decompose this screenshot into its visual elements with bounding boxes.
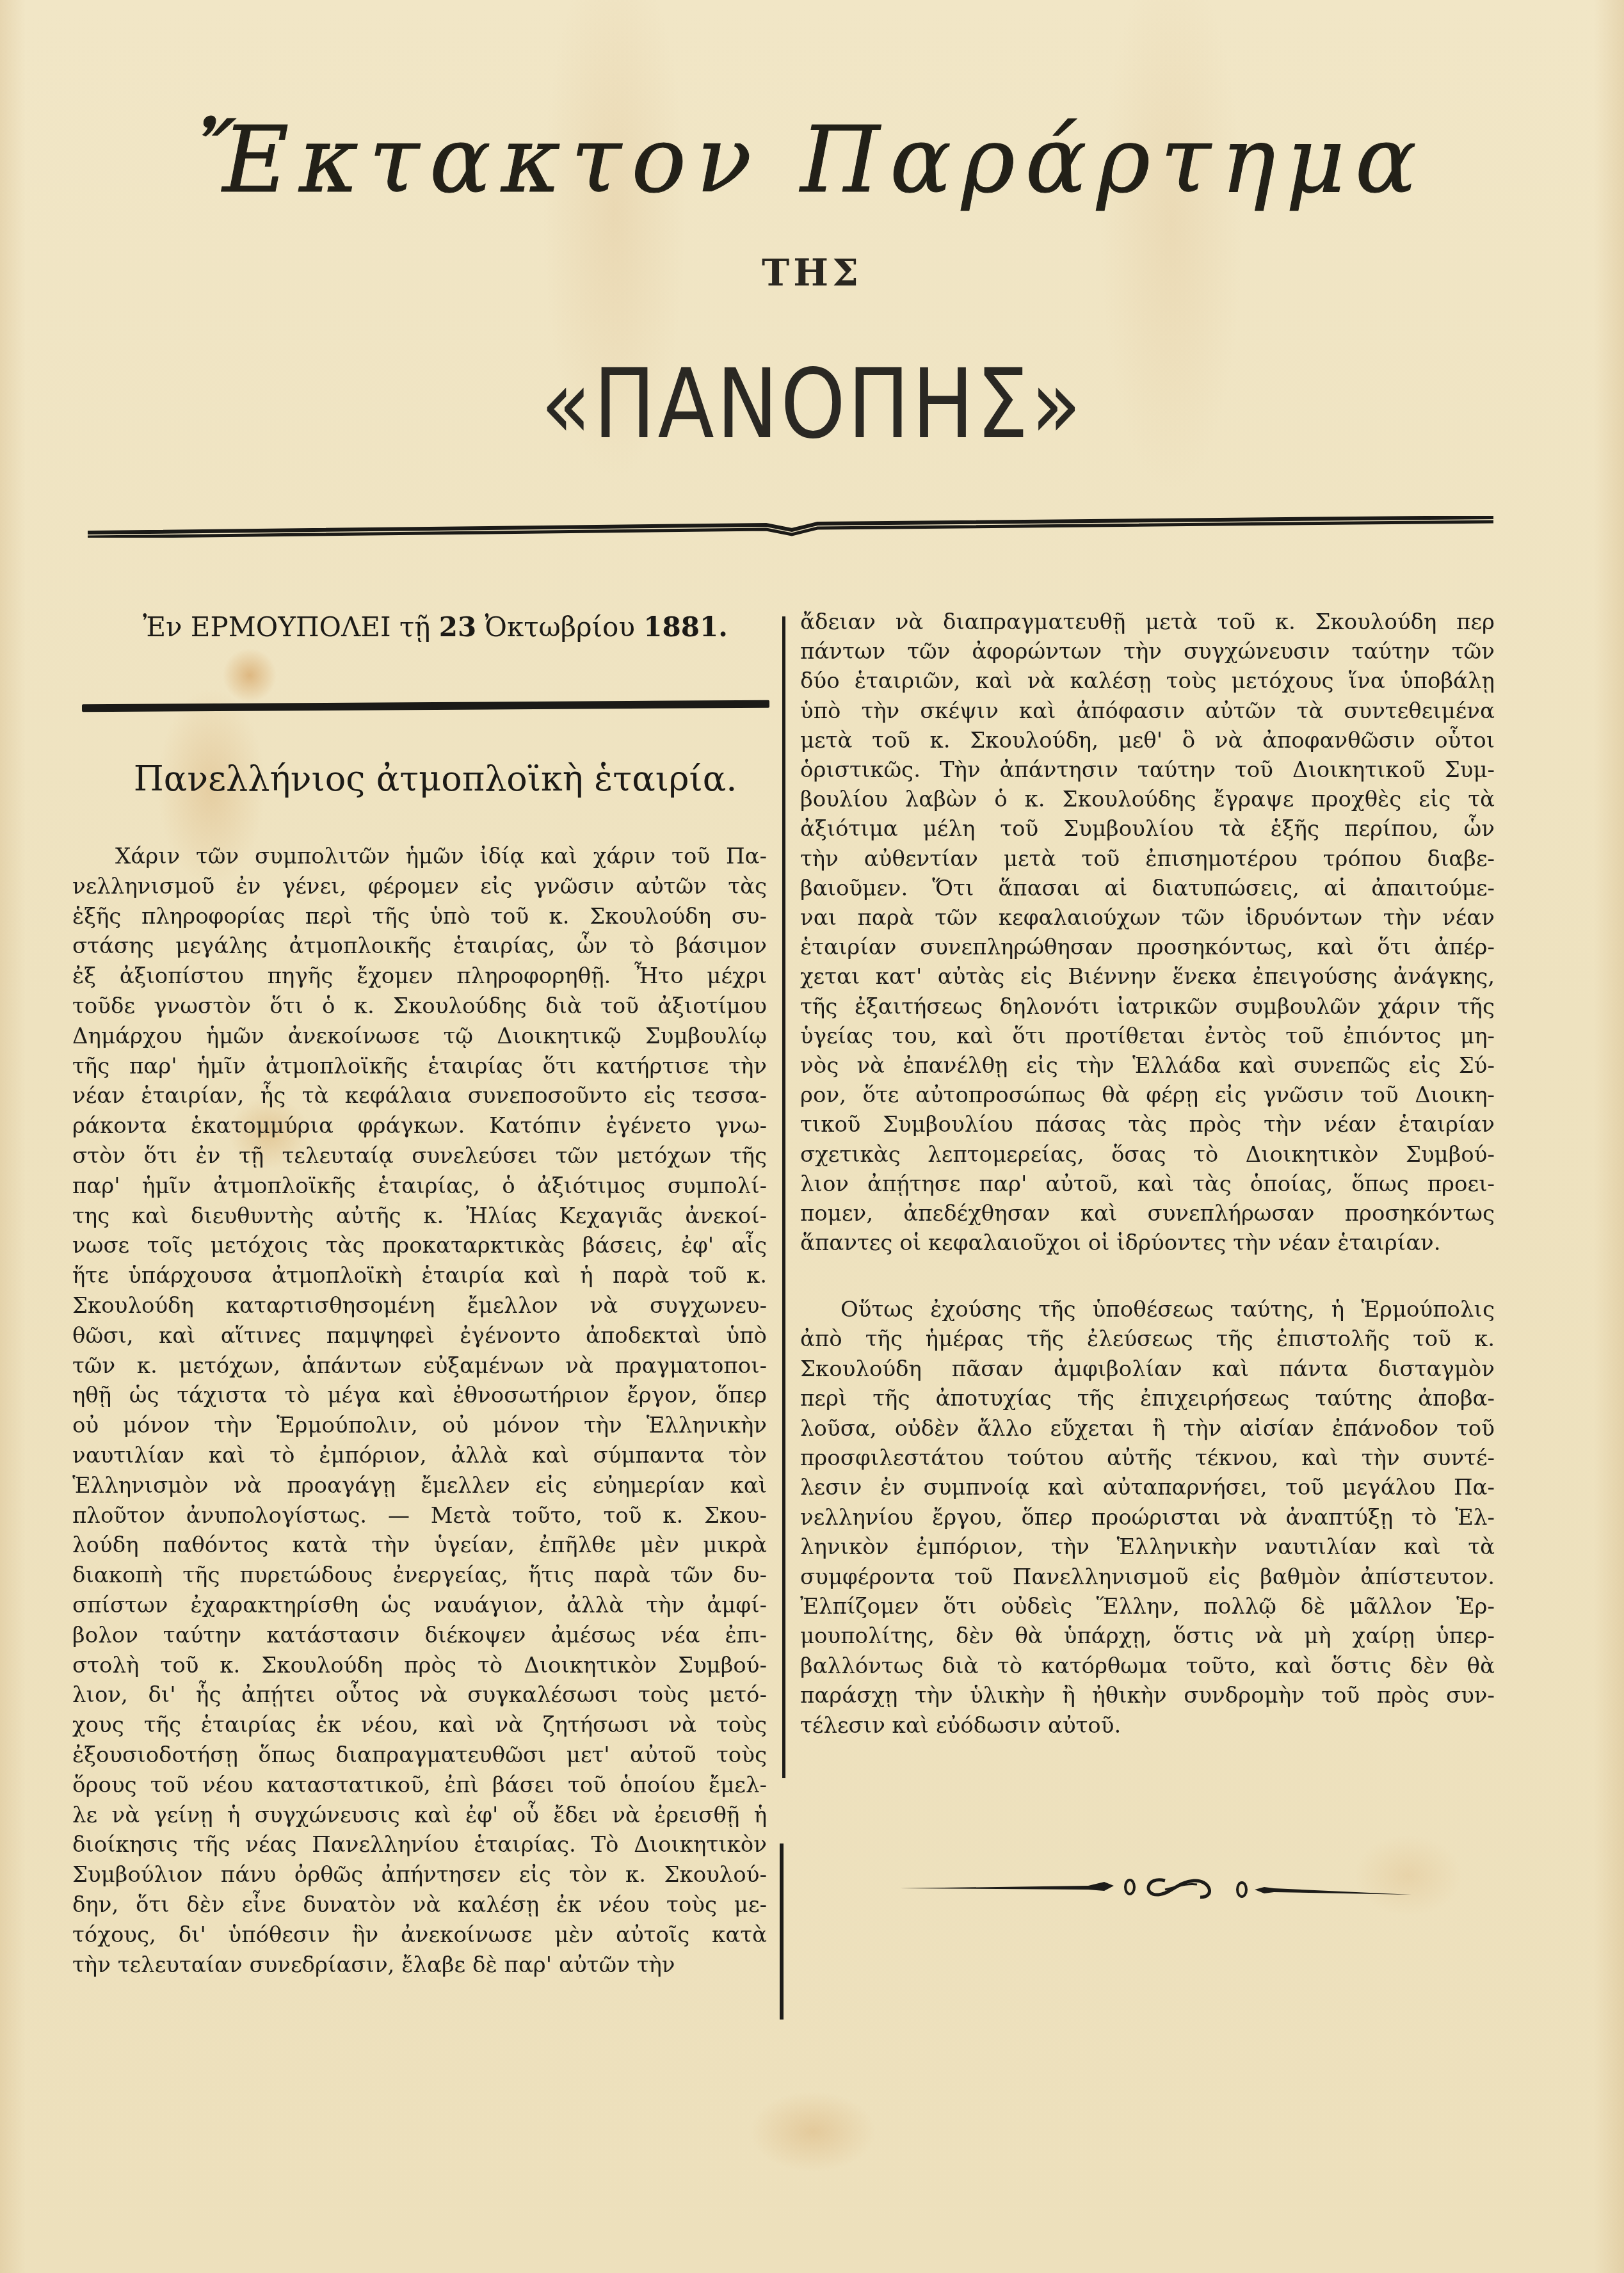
text-line: παράσχῃ τὴν ὑλικὴν ἢ ἠθικὴν συνδρομὴν το…: [800, 1683, 1495, 1708]
scroll-ornament-icon: [896, 1869, 1415, 1908]
text-line: ράκοντα ἑκατομμύρια φράγκων. Κατόπιν ἐγέ…: [72, 1113, 767, 1139]
text-line: τὴν αὐθεντίαν μετὰ τοῦ ἐπισημοτέρου τρόπ…: [800, 846, 1495, 872]
column-separator: [782, 616, 785, 1778]
text-line: χους τῆς ἑταιρίας ἐκ νέου, καὶ νὰ ζητήσω…: [72, 1712, 767, 1738]
dateline-year: 1881.: [643, 611, 728, 643]
text-line: ὑπὸ τὴν σκέψιν καὶ ἀπόφασιν αὐτῶν τὰ συν…: [800, 698, 1495, 724]
text-line: δύο ἑταιριῶν, καὶ νὰ καλέσῃ τοὺς μετόχου…: [800, 668, 1495, 694]
text-line: ἀξιότιμα μέλη τοῦ Συμβουλίου τὰ ἑξῆς περ…: [800, 816, 1495, 842]
double-rule-icon: [88, 516, 1493, 538]
text-line: λούδη παθόντος κατὰ τὴν ὑγείαν, ἐπῆλθε μ…: [72, 1532, 767, 1558]
text-line: Ἑλληνισμὸν νὰ προαγάγῃ ἔμελλεν εἰς εὐημε…: [72, 1473, 767, 1498]
text-line: σχετικὰς λεπτομερείας, ὅσας τὸ Διοικητικ…: [800, 1142, 1495, 1168]
text-line: ναι παρὰ τῶν κεφαλαιούχων τῶν ἱδρυόντων …: [800, 905, 1495, 931]
text-line: διακοπὴ τῆς πυρετώδους ἐνεργείας, ἥτις π…: [72, 1562, 767, 1588]
text-line: Οὕτως ἐχούσης τῆς ὑποθέσεως ταύτης, ἡ Ἑρ…: [840, 1297, 1495, 1322]
text-line: βαλλόντως διὰ τὸ κατόρθωμα τοῦτο, καὶ ὅσ…: [800, 1653, 1495, 1679]
text-line: ἑταιρίαν συνεπληρώθησαν προσηκόντως, καὶ…: [800, 935, 1495, 960]
text-line: τόχους, δι' ὑπόθεσιν ἣν ἀνεκοίνωσε μὲν α…: [72, 1922, 767, 1948]
text-line: λε νὰ γείνῃ ἡ συγχώνευσις καὶ ἐφ' οὗ ἔδε…: [72, 1803, 767, 1828]
text-line: Σκουλούδη πᾶσαν ἀμφιβολίαν καὶ πάντα δισ…: [800, 1356, 1495, 1382]
text-line: ληνικὸν ἐμπόριον, τὴν Ἑλληνικὴν ναυτιλία…: [800, 1534, 1495, 1560]
text-line: νέαν ἑταιρίαν, ἧς τὰ κεφάλαια συνεποσοῦν…: [72, 1083, 767, 1109]
text-line: ὁριστικῶς. Τὴν ἀπάντησιν ταύτην τοῦ Διοι…: [800, 757, 1495, 783]
dateline-day: 23: [439, 611, 476, 643]
text-line: νὸς νὰ ἐπανέλθῃ εἰς τὴν Ἑλλάδα καὶ συνεπ…: [800, 1053, 1495, 1079]
text-line: παρ' ἡμῖν ἀτμοπλοϊκῆς ἑταιρίας, ὁ ἀξιότι…: [72, 1173, 767, 1199]
text-line: μετὰ τοῦ κ. Σκουλούδη, μεθ' ὃ νὰ ἀποφανθ…: [800, 728, 1495, 753]
text-line: στάσης μεγάλης ἀτμοπλοικῆς ἑταιρίας, ὧν …: [72, 933, 767, 959]
title-word-supplement: Παράρτημα: [800, 108, 1426, 213]
text-line: στολὴ τοῦ κ. Σκουλούδη πρὸς τὸ Διοικητικ…: [72, 1653, 767, 1678]
text-line: τῆς παρ' ἡμῖν ἀτμοπλοϊκῆς ἑταιρίας ὅτι κ…: [72, 1054, 767, 1079]
article-heading: Πανελλήνιος ἀτμοπλοϊκὴ ἑταιρία.: [90, 759, 781, 799]
text-line: πλοῦτον ἀνυπολογίστως. — Μετὰ τοῦτο, τοῦ…: [72, 1503, 767, 1529]
text-line: πάντων τῶν ἀφορώντων τὴν συγχώνευσιν ταύ…: [800, 639, 1495, 664]
text-line: ἐξ ἀξιοπίστου πηγῆς ἔχομεν πληροφορηθῇ. …: [72, 963, 767, 989]
text-line: νελληνίου ἔργου, ὅπερ προώρισται νὰ ἀναπ…: [800, 1505, 1495, 1530]
text-line: τοῦδε γνωστὸν ὅτι ὁ κ. Σκουλούδης διὰ το…: [72, 993, 767, 1019]
text-line: λοῦσα, οὐδὲν ἄλλο εὔχεται ἢ τὴν αἰσίαν ἐ…: [800, 1416, 1495, 1442]
text-line: στὸν ὅτι ἐν τῇ τελευταίᾳ συνελεύσει τῶν …: [72, 1143, 767, 1169]
text-line: Σκουλούδη καταρτισθησομένη ἔμελλον νὰ συ…: [72, 1293, 767, 1319]
text-line: τῆς ἐξαιτήσεως δηλονότι ἰατρικῶν συμβουλ…: [800, 994, 1495, 1020]
text-line: σπίστων ἐχαρακτηρίσθη ὡς ναυάγιον, ἀλλὰ …: [72, 1593, 767, 1618]
supplement-title: ἜκτακτονΠαράρτημα: [0, 108, 1624, 213]
text-line: τέλεσιν καὶ εὐόδωσιν αὐτοῦ.: [800, 1713, 1495, 1739]
text-line: της καὶ διευθυντὴς αὐτῆς κ. Ἠλίας Κεχαγι…: [72, 1203, 767, 1229]
text-line: ἐξουσιοδοτήσῃ ὅπως διαπραγματευθῶσι μετ'…: [72, 1742, 767, 1768]
title-word-extraordinary: Ἔκτακτον: [197, 108, 762, 213]
text-line: διοίκησις τῆς νέας Πανελληνίου ἑταιρίας.…: [72, 1832, 767, 1858]
text-line: νωσε τοῖς μετόχοις τὰς προκαταρκτικὰς βά…: [72, 1233, 767, 1258]
text-line: θῶσι, καὶ αἵτινες παμψηφεὶ ἐγένοντο ἀποδ…: [72, 1323, 767, 1349]
text-line: ναυτιλίαν καὶ τὸ ἐμπόριον, ἀλλὰ καὶ σύμπ…: [72, 1443, 767, 1468]
text-line: Χάριν τῶν συμπολιτῶν ἡμῶν ἰδίᾳ καὶ χάριν…: [115, 844, 767, 869]
text-line: βουλίου λαβὼν ὁ κ. Σκουλούδης ἔγραψε προ…: [800, 787, 1495, 812]
text-line: τῶν κ. μετόχων, ἁπάντων εὐξαμένων νὰ πρα…: [72, 1353, 767, 1379]
text-line: Δημάρχου ἡμῶν ἀνεκοίνωσε τῷ Διοικητικῷ Σ…: [72, 1024, 767, 1049]
text-line: ηθῇ ὡς τάχιστα τὸ μέγα καὶ ἐθνοσωτήριον …: [72, 1383, 767, 1408]
text-line: συμφέροντα τοῦ Πανελληνισμοῦ εἰς βαθμὸν …: [800, 1564, 1495, 1590]
text-line: ἥτε ὑπάρχουσα ἀτμοπλοϊκὴ ἑταιρία καὶ ἡ π…: [72, 1263, 767, 1289]
dateline: Ἐν ΕΡΜΟΥΠΟΛΕΙ τῇ 23 Ὀκτωβρίου 1881.: [102, 611, 768, 643]
text-line: ὑγείας του, καὶ ὅτι προτίθεται ἐντὸς τοῦ…: [800, 1024, 1495, 1049]
section-rule: [82, 700, 769, 712]
text-line: βολον ταύτην κατάστασιν διέκοψεν ἀμέσως …: [72, 1623, 767, 1648]
text-line: ἀπὸ τῆς ἡμέρας τῆς ἐλεύσεως τῆς ἐπιστολῆ…: [800, 1326, 1495, 1352]
newspaper-name: «ΠΑΝΟΠΗΣ»: [114, 349, 1511, 460]
text-line: ἅπαντες οἱ κεφαλαιοῦχοι οἱ ἱδρύοντες τὴν…: [800, 1230, 1495, 1256]
text-line: τικοῦ Συμβουλίου πάσας τὰς πρὸς τὴν νέαν…: [800, 1112, 1495, 1137]
text-line: ἄδειαν νὰ διαπραγματευθῇ μετὰ τοῦ κ. Σκο…: [800, 609, 1495, 635]
text-line: μουπολίτης, δὲν θὰ ὑπάρχῃ, ὅστις νὰ μὴ χ…: [800, 1623, 1495, 1649]
text-line: δην, ὅτι δὲν εἶνε δυνατὸν νὰ καλέσῃ ἐκ ν…: [72, 1892, 767, 1918]
text-line: Συμβούλιον πάνυ ὀρθῶς ἀπήντησεν εἰς τὸν …: [72, 1862, 767, 1888]
text-line: τὴν τελευταίαν συνεδρίασιν, ἔλαβε δὲ παρ…: [72, 1952, 767, 1978]
dateline-place: Ἐν ΕΡΜΟΥΠΟΛΕΙ τῇ: [143, 611, 430, 643]
text-line: περὶ τῆς ἀποτυχίας τῆς ἐπιχειρήσεως ταύτ…: [800, 1386, 1495, 1411]
text-line: ἑξῆς πληροφορίας περὶ τῆς ὑπὸ τοῦ κ. Σκο…: [72, 904, 767, 929]
title-article: ΤΗΣ: [0, 251, 1624, 294]
text-line: χεται κατ' αὐτὰς εἰς Βιέννην ἕνεκα ἐπειγ…: [800, 964, 1495, 990]
text-line: Ἐλπίζομεν ὅτι οὐδεὶς Ἕλλην, πολλῷ δὲ μᾶλ…: [800, 1594, 1495, 1619]
text-line: οὐ μόνον τὴν Ἑρμούπολιν, οὐ μόνον τὴν Ἑλ…: [72, 1413, 767, 1438]
text-line: λιον ἀπῄτησε παρ' αὐτοῦ, καὶ τὰς ὁποίας,…: [800, 1171, 1495, 1197]
text-line: πομεν, ἀπεδέχθησαν καὶ συνεπλήρωσαν προσ…: [800, 1201, 1495, 1226]
text-line: βαιοῦμεν. Ὅτι ἅπασαι αἱ διατυπώσεις, αἱ …: [800, 876, 1495, 901]
dateline-month: Ὀκτωβρίου: [485, 611, 635, 643]
text-line: λεσιν ἐν συμπνοίᾳ καὶ αὐταπαρνήσει, τοῦ …: [800, 1475, 1495, 1500]
text-line: ρον, ὅτε αὐτοπροσώπως θὰ φέρῃ εἰς γνῶσιν…: [800, 1082, 1495, 1108]
text-line: προσφιλεστάτου τούτου αὐτῆς τέκνου, καὶ …: [800, 1445, 1495, 1471]
column-separator: [780, 1843, 784, 2020]
text-line: νελληνισμοῦ ἐν γένει, φέρομεν εἰς γνῶσιν…: [72, 874, 767, 899]
text-line: ὅρους τοῦ νέου καταστατικοῦ, ἐπὶ βάσει τ…: [72, 1772, 767, 1798]
text-line: λιον, δι' ἧς ἀπῄτει οὗτος νὰ συγκαλέσωσι…: [72, 1682, 767, 1708]
